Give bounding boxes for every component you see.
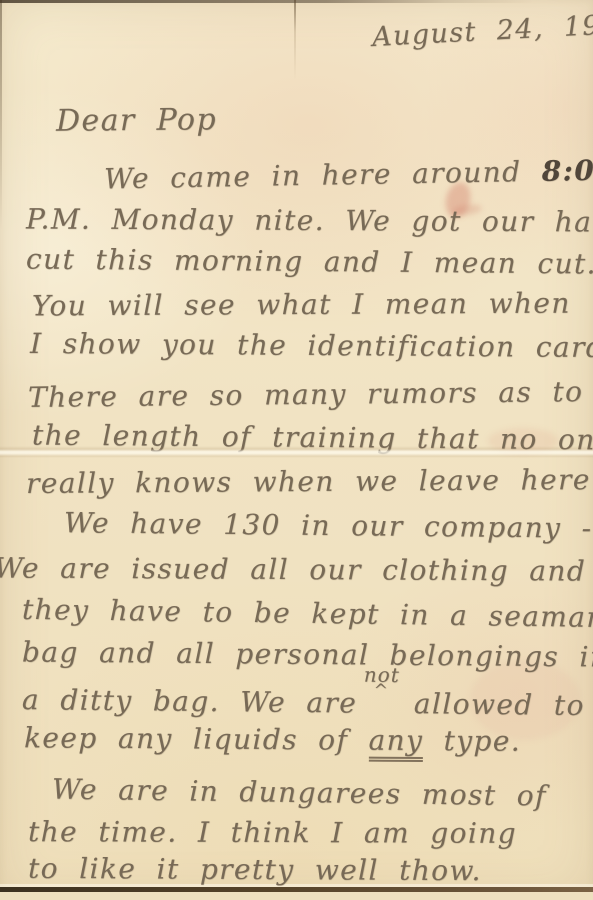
insertion-not: not^ — [377, 685, 393, 713]
line-text-post: allowed to — [414, 687, 585, 722]
letter-line: You will see what I mean when — [32, 289, 571, 323]
line-text-post: type. — [443, 724, 521, 758]
letter-photo: { "colors": { "paper": "#f2e5c6", "penci… — [0, 0, 593, 900]
letter-line: bag and all personal belongings in — [22, 637, 593, 673]
letter-line: There are so many rumors as to — [28, 377, 584, 414]
letter-line: the time. I think I am going — [28, 817, 517, 850]
salutation: Dear Pop — [56, 103, 217, 137]
underlined-word: any — [368, 724, 423, 762]
letter-line-with-insertion: a ditty bag. We are not^ allowed to — [22, 681, 585, 722]
letter-line: cut this morning and I mean cut. — [26, 245, 593, 281]
surface-below-paper — [0, 892, 593, 900]
letter-line: P.M. Monday nite. We got our hair — [26, 204, 593, 238]
letter-line: We are in dungarees most of — [52, 775, 547, 813]
fold-crease — [0, 446, 593, 458]
paper-left-edge — [0, 0, 2, 230]
line-text-pre: a ditty bag. We are — [22, 683, 358, 720]
letter-line: to like it pretty well thow. — [28, 854, 482, 887]
vertical-crease — [294, 0, 296, 80]
letter-line: really knows when we leave here. — [26, 465, 593, 500]
paper-top-edge — [0, 0, 593, 3]
letter-line: We have 130 in our company - — [64, 508, 593, 544]
caret-icon: ^ — [374, 681, 390, 700]
time-written-dark: 8:00 — [541, 154, 593, 188]
letter-line: We are issued all our clothing and — [0, 553, 586, 587]
letter-line-with-underline: keep any liquids of any type. — [24, 723, 521, 757]
line-text-pre: keep any liquids of — [24, 721, 348, 756]
letter-line: I show you the identification card. — [30, 329, 593, 364]
